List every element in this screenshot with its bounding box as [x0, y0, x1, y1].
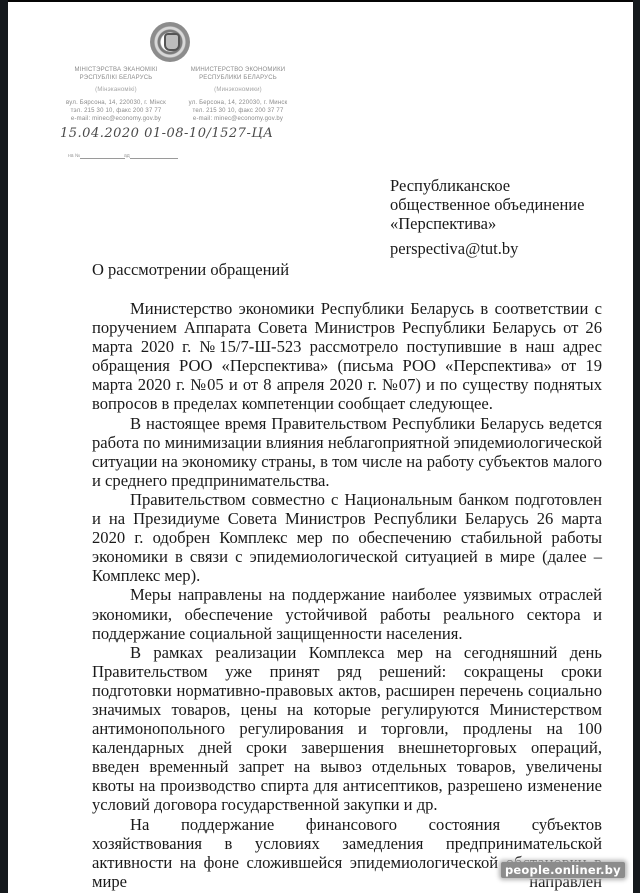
- state-emblem-icon: [150, 22, 190, 62]
- letter-body: Министерство экономики Республики Белару…: [92, 299, 602, 891]
- paragraph: Правительством совместно с Национальным …: [92, 490, 602, 585]
- paragraph: Министерство экономики Республики Белару…: [92, 299, 602, 414]
- registration-number-handwritten: 15.04.2020 01-08-10/1527-ЦА: [60, 126, 250, 144]
- email-by: e-mail: minec@economy.gov.by: [60, 115, 172, 123]
- addressee-line-3: «Перспектива»: [390, 214, 584, 233]
- watermark: people.onliner.by: [501, 862, 625, 878]
- paragraph: В настоящее время Правительством Республ…: [92, 414, 602, 490]
- reference-from-blank: [130, 158, 178, 159]
- paragraph: В рамках реализации Комплекса мер на сег…: [92, 643, 602, 815]
- org-name-ru: МИНИСТЕРСТВО ЭКОНОМИКИ РЕСПУБЛИКИ БЕЛАРУ…: [182, 66, 294, 82]
- org-short-by: (Мінэканомікі): [60, 86, 172, 94]
- letterhead-belarusian: МІНІСТЭРСТВА ЭКАНОМІКІ РЭСПУБЛІКІ БЕЛАРУ…: [60, 66, 172, 123]
- image-border-left: [0, 0, 8, 893]
- image-border-top: [0, 0, 640, 2]
- reference-from-label: ад: [124, 153, 130, 159]
- reference-line: на № ад: [68, 152, 178, 162]
- letter-subject: О рассмотрении обращений: [92, 260, 289, 280]
- addressee-line-2: общественное объединение: [390, 195, 584, 214]
- address-by: вул. Бярсона, 14, 220030, г. Мінск: [60, 99, 172, 107]
- org-name-by: МІНІСТЭРСТВА ЭКАНОМІКІ РЭСПУБЛІКІ БЕЛАРУ…: [60, 66, 172, 82]
- letterhead: МІНІСТЭРСТВА ЭКАНОМІКІ РЭСПУБЛІКІ БЕЛАРУ…: [60, 22, 300, 132]
- image-border-right: [633, 0, 640, 893]
- email-ru: e-mail: minec@economy.gov.by: [182, 115, 294, 123]
- org-short-ru: (Минэкономики): [182, 86, 294, 94]
- paragraph: Меры направлены на поддержание наиболее …: [92, 585, 602, 642]
- phone-ru: тел. 215 30 10, факс 200 37 77: [182, 107, 294, 115]
- paragraph: На поддержание финансового состояния суб…: [92, 815, 602, 891]
- addressee-line-1: Республиканское: [390, 176, 584, 195]
- address-ru: ул. Берсона, 14, 220030, г. Минск: [182, 99, 294, 107]
- addressee-email: perspectiva@tut.by: [390, 239, 584, 258]
- phone-by: тэл. 215 30 10, факс 200 37 77: [60, 107, 172, 115]
- addressee-block: Республиканское общественное объединение…: [390, 176, 584, 258]
- reference-no-blank: [80, 158, 125, 159]
- letterhead-russian: МИНИСТЕРСТВО ЭКОНОМИКИ РЕСПУБЛИКИ БЕЛАРУ…: [182, 66, 294, 123]
- reference-no-label: на №: [68, 153, 80, 159]
